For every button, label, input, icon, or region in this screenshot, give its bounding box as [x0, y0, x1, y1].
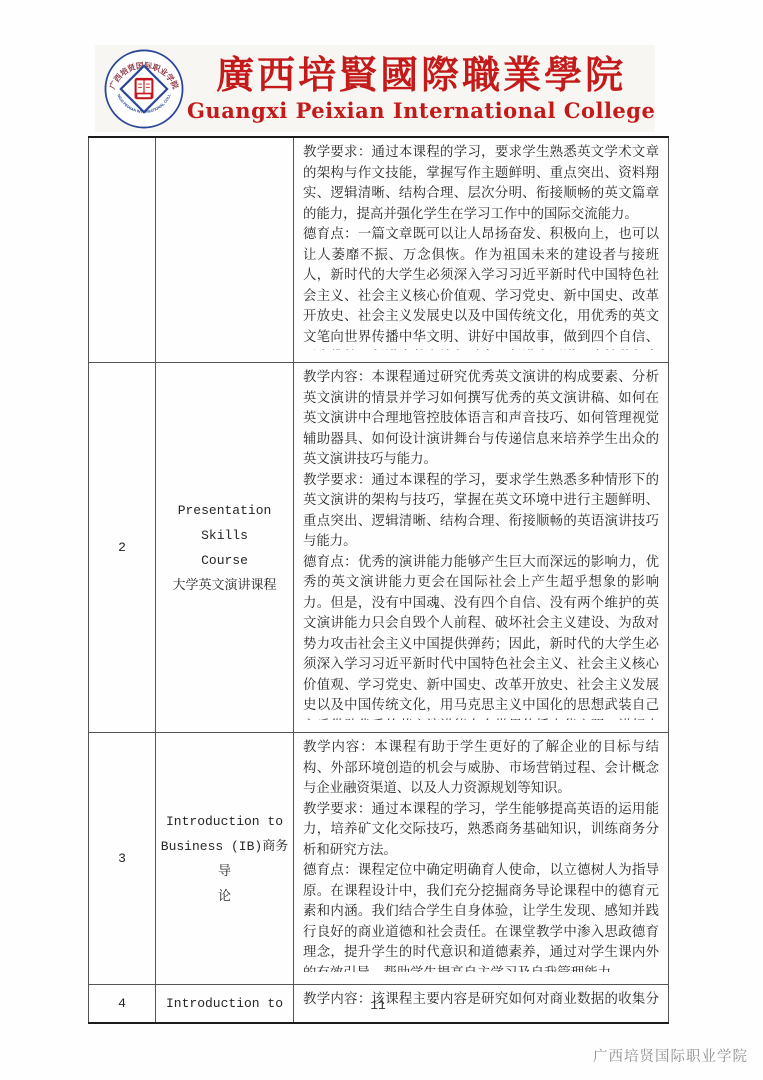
description-box: 教学要求：通过本课程的学习，要求学生熟悉英文学术文章的架构与作文技能，掌握写作主… — [303, 142, 659, 350]
college-seal-icon: 广西培贤国际职业学院 GUANGXI PEIXIAN INTERNATIONAL… — [101, 48, 187, 130]
course-name-line: Business (IB)商务导 — [157, 834, 292, 884]
course-name-line: 大学英文演讲课程 — [157, 573, 292, 598]
moral-education-paragraph: 德育点：一篇文章既可以让人昂扬奋发、积极向上，也可以让人萎靡不振、万念俱恢。作为… — [303, 224, 659, 350]
course-description-cell: 教学内容：本课程通过研究优秀英文演讲的构成要素、分析英文演讲的情景并学习如何撰写… — [294, 363, 669, 733]
page-number: 11 — [88, 998, 668, 1013]
college-name-chinese: 廣西培賢國際職業學院 — [187, 54, 655, 98]
course-name-cell: Presentation Skills Course 大学英文演讲课程 — [156, 363, 294, 733]
book-right-page — [145, 80, 152, 92]
teaching-content-paragraph: 教学内容：本课程通过研究优秀英文演讲的构成要素、分析英文演讲的情景并学习如何撰写… — [303, 367, 659, 470]
course-name-line: Course — [157, 548, 292, 573]
moral-education-paragraph: 德育点：优秀的演讲能力能够产生巨大而深远的影响力，优秀的英文演讲能力更会在国际社… — [303, 552, 659, 721]
description-box: 教学内容：本课程通过研究优秀英文演讲的构成要素、分析英文演讲的情景并学习如何撰写… — [303, 367, 659, 720]
college-name-english: Guangxi Peixian International College — [187, 98, 655, 124]
course-number-cell: 3 — [89, 733, 156, 985]
teaching-requirements-paragraph: 教学要求：通过本课程的学习，学生能够提高英语的运用能力，培养矿文化交际技巧，熟悉… — [303, 799, 659, 861]
table-row: 2 Presentation Skills Course 大学英文演讲课程 教学… — [89, 363, 669, 733]
table-row: 3 Introduction to Business (IB)商务导 论 教学内… — [89, 733, 669, 985]
document-page: 广西培贤国际职业学院 GUANGXI PEIXIAN INTERNATIONAL… — [0, 0, 763, 1080]
course-description-cell: 教学内容：本课程有助于学生更好的了解企业的目标与结构、外部环境创造的机会与威胁、… — [294, 733, 669, 985]
course-name-line: Introduction to — [157, 809, 292, 834]
course-name-line: Presentation Skills — [157, 498, 292, 548]
teaching-requirements-paragraph: 教学要求：通过本课程的学习，要求学生熟悉英文学术文章的架构与作文技能，掌握写作主… — [303, 142, 659, 224]
book-base — [137, 94, 150, 97]
footer-watermark: 广西培贤国际职业学院 — [593, 1045, 748, 1066]
table-row: 教学要求：通过本课程的学习，要求学生熟悉英文学术文章的架构与作文技能，掌握写作主… — [89, 137, 669, 363]
course-name-line: 论 — [157, 884, 292, 909]
course-description-cell: 教学要求：通过本课程的学习，要求学生熟悉英文学术文章的架构与作文技能，掌握写作主… — [294, 137, 669, 363]
college-seal-logo: 广西培贤国际职业学院 GUANGXI PEIXIAN INTERNATIONAL… — [101, 48, 187, 130]
course-number-cell — [89, 137, 156, 363]
description-box: 教学内容：本课程有助于学生更好的了解企业的目标与结构、外部环境创造的机会与威胁、… — [303, 737, 659, 972]
course-number-cell: 2 — [89, 363, 156, 733]
moral-education-paragraph: 德育点：课程定位中确定明确育人使命，以立德树人为指导原。在课程设计中，我们充分挖… — [303, 860, 659, 972]
teaching-requirements-paragraph: 教学要求：通过本课程的学习，要求学生熟悉多种情形下的英文演讲的架构与技巧，掌握在… — [303, 470, 659, 552]
college-header: 广西培贤国际职业学院 GUANGXI PEIXIAN INTERNATIONAL… — [95, 45, 655, 132]
book-left-page — [137, 80, 144, 92]
teaching-content-paragraph: 教学内容：本课程有助于学生更好的了解企业的目标与结构、外部环境创造的机会与威胁、… — [303, 737, 659, 799]
course-table: 教学要求：通过本课程的学习，要求学生熟悉英文学术文章的架构与作文技能，掌握写作主… — [88, 136, 669, 1024]
course-name-cell — [156, 137, 294, 363]
college-titles: 廣西培賢國際職業學院 Guangxi Peixian International… — [187, 54, 661, 124]
course-name-cell: Introduction to Business (IB)商务导 论 — [156, 733, 294, 985]
